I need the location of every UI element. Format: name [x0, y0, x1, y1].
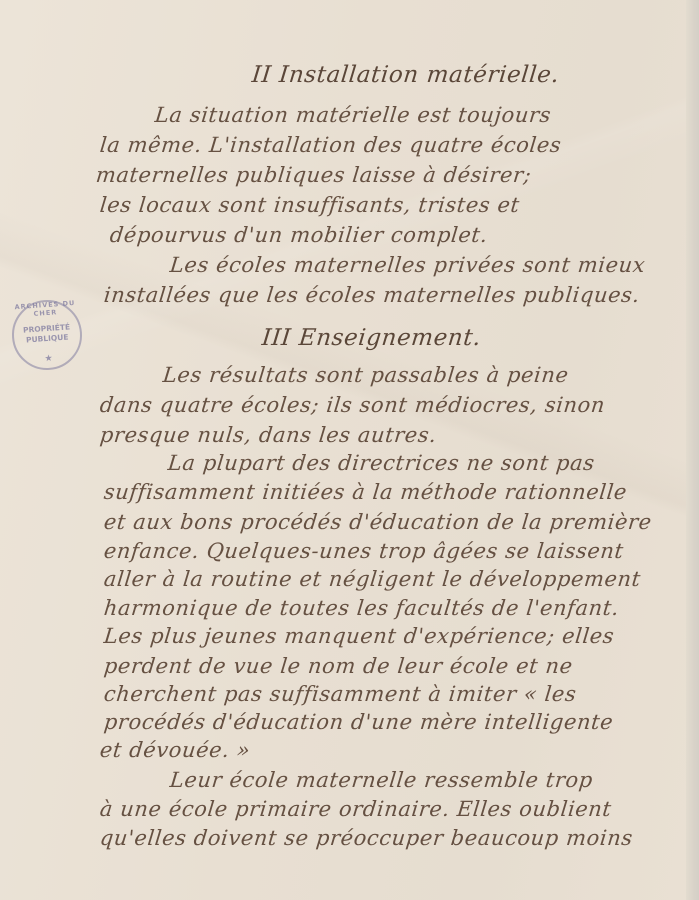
section-heading: II Installation matérielle.: [251, 62, 561, 88]
archive-stamp: ARCHIVES DU CHER PROPRIÉTÉ PUBLIQUE ★: [10, 298, 85, 373]
manuscript-line: à une école primaire ordinaire. Elles ou…: [99, 797, 613, 821]
manuscript-line: qu'elles doivent se préoccuper beaucoup …: [99, 826, 634, 850]
manuscript-line: enfance. Quelques-unes trop âgées se lai…: [103, 539, 625, 563]
manuscript-line: perdent de vue le nom de leur école et n…: [103, 654, 574, 678]
manuscript-line: suffisamment initiées à la méthode ratio…: [103, 480, 629, 504]
page-edge-shadow: [686, 0, 699, 900]
manuscript-line: La situation matérielle est toujours: [154, 103, 553, 127]
manuscript-line: maternelles publiques laisse à désirer;: [95, 163, 533, 187]
manuscript-line: les locaux sont insuffisants, tristes et: [99, 193, 521, 217]
manuscript-line: La plupart des directrices ne sont pas: [167, 451, 596, 475]
manuscript-line: et aux bons procédés d'éducation de la p…: [103, 510, 653, 534]
section-heading: III Enseignement.: [261, 325, 483, 351]
stamp-ring-text: ARCHIVES DU CHER: [12, 299, 79, 320]
manuscript-line: Les résultats sont passables à peine: [162, 363, 570, 387]
manuscript-page: ARCHIVES DU CHER PROPRIÉTÉ PUBLIQUE ★ II…: [0, 0, 686, 900]
manuscript-line: dans quatre écoles; ils sont médiocres, …: [99, 393, 607, 417]
manuscript-line: la même. L'installation des quatre école…: [99, 133, 563, 157]
manuscript-line: aller à la routine et négligent le dével…: [103, 567, 642, 591]
manuscript-line: Les plus jeunes manquent d'expérience; e…: [103, 624, 616, 648]
manuscript-line: presque nuls, dans les autres.: [99, 423, 438, 447]
manuscript-line: dépourvus d'un mobilier complet.: [109, 223, 489, 247]
manuscript-line: Leur école maternelle ressemble trop: [169, 768, 594, 792]
manuscript-line: procédés d'éducation d'une mère intellig…: [103, 710, 615, 734]
manuscript-line: harmonique de toutes les facultés de l'e…: [103, 596, 621, 620]
manuscript-line: installées que les écoles maternelles pu…: [103, 283, 641, 307]
manuscript-line: Les écoles maternelles privées sont mieu…: [169, 253, 647, 277]
manuscript-line: et dévouée. »: [99, 738, 252, 762]
manuscript-line: cherchent pas suffisamment à imiter « le…: [103, 682, 578, 706]
